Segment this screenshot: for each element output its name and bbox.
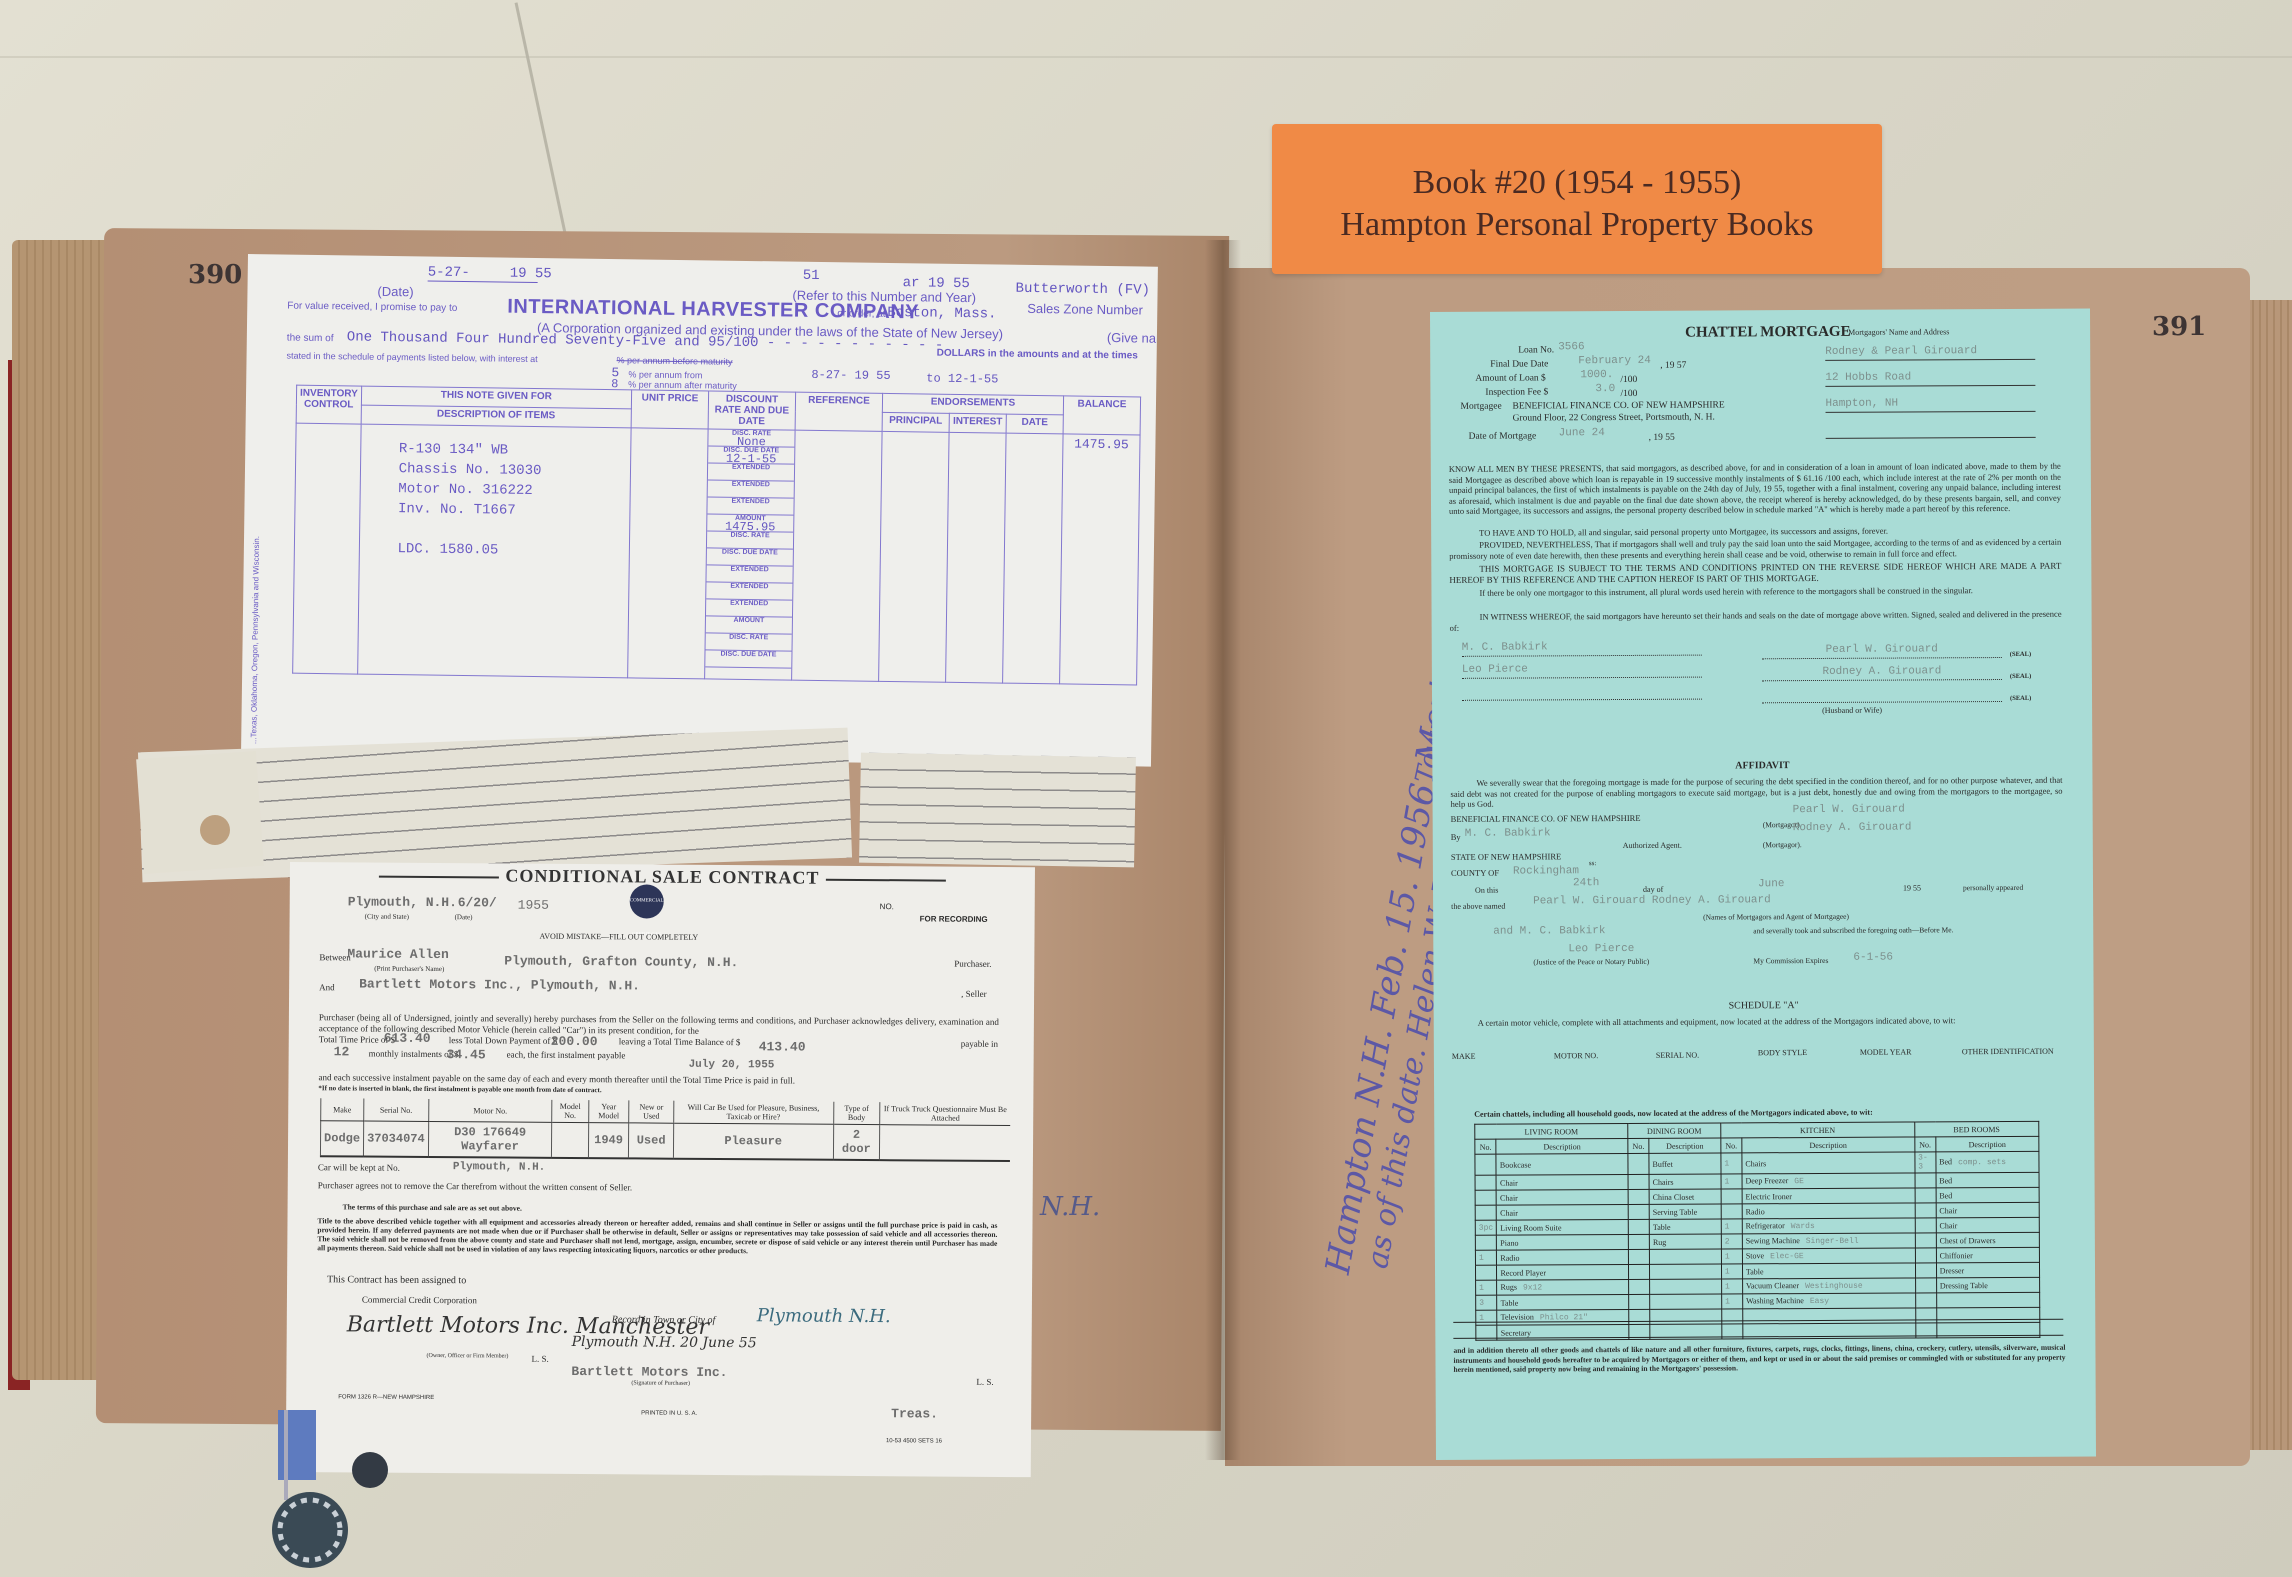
chattel-description: Chiffonier — [1936, 1247, 2039, 1263]
chattel-quantity: 1 — [1721, 1153, 1742, 1174]
chattel-quantity — [1915, 1293, 1936, 1308]
discount-entry: EXTENDED — [706, 599, 792, 617]
conditional-sale-contract: CONDITIONAL SALE CONTRACT COMMERCIAL CRE… — [286, 862, 1035, 1477]
chattel-quantity — [1915, 1248, 1936, 1263]
mortgagor-signature — [1762, 687, 2002, 703]
discount-entry-label: EXTENDED — [708, 463, 794, 471]
chattels-text: Certain chattels, including all househol… — [1474, 1108, 1873, 1119]
on-this-label: On this — [1475, 886, 1498, 895]
chattel-description: Chair — [1936, 1202, 2039, 1218]
chattel-quantity — [1721, 1189, 1742, 1204]
note-schedule-text: stated in the schedule of payments liste… — [287, 351, 538, 365]
chattel-detail: GE — [1794, 1177, 1804, 1186]
description-line: LDC. 1580.05 — [397, 539, 629, 562]
contract-between-label: Between — [319, 952, 351, 962]
final-due-label: Final Due Date — [1490, 359, 1548, 369]
unit-price-cell — [628, 428, 708, 679]
schedule-vehicle-header: MOTOR NO. — [1554, 1051, 1598, 1060]
chattel-description: Bed — [1936, 1172, 2039, 1188]
terms-set-out: The terms of this purchase and sale are … — [343, 1202, 522, 1212]
note-place-caption: (Give name of town) — [1107, 330, 1158, 347]
contract-city-caption: (City and State) — [365, 913, 409, 921]
chattel-description: Deep FreezerGE — [1742, 1173, 1915, 1189]
affidavit-year: 19 55 — [1903, 883, 1921, 892]
chattel-quantity — [1629, 1294, 1650, 1309]
mortgage-title: CHATTEL MORTGAGE — [1685, 324, 1851, 342]
chattel-description — [1650, 1279, 1722, 1294]
note-sum-label: the sum of — [287, 333, 334, 345]
mortgagor-address-line: Rodney & Pearl Girouard — [1825, 345, 2035, 361]
record-city-handwritten: Plymouth N.H. — [757, 1305, 891, 1327]
chattel-description — [1743, 1308, 1916, 1324]
torn-slip-fragment — [859, 753, 1136, 868]
date-of-mortgage-label: Date of Mortgage — [1469, 431, 1537, 441]
chattel-quantity: 1 — [1721, 1249, 1742, 1264]
contract-date: 6/20/ — [458, 895, 497, 910]
mortgagee-label: Mortgagee — [1460, 402, 1501, 412]
slip-hole — [200, 815, 230, 845]
description-cell: R-130 134" WBChassis No. 13030Motor No. … — [357, 424, 631, 678]
col-endorsements: ENDORSEMENTS — [882, 393, 1063, 415]
kept-at-value: Plymouth, N.H. — [453, 1161, 546, 1174]
personally-appeared: personally appeared — [1963, 883, 2023, 892]
page-number-right: 391 — [2152, 312, 2206, 342]
reference-cell — [792, 430, 882, 681]
vehicle-header: Serial No. — [364, 1099, 429, 1122]
left-margin-note: N.H. — [1040, 1192, 1100, 1222]
chattel-description: Chairs — [1649, 1174, 1721, 1189]
schedule-vehicle-header: MAKE — [1452, 1052, 1476, 1061]
chattel-quantity — [1629, 1309, 1650, 1324]
chattel-quantity — [1629, 1279, 1650, 1294]
chattel-description — [1650, 1309, 1722, 1324]
discount-entry-label: EXTENDED — [707, 565, 793, 573]
harvester-note: ...Texas, Oklahoma, Oregon, Pennsylvania… — [241, 254, 1158, 767]
vehicle-cell: Dodge — [320, 1121, 363, 1157]
chattel-description: Radio — [1497, 1249, 1629, 1265]
chattel-description: TelevisionPhilco 21" — [1497, 1309, 1629, 1325]
contract-dealer: Bartlett Motors Inc., Plymouth, N.H. — [359, 976, 640, 993]
vehicle-header: Model No. — [552, 1100, 588, 1123]
chattel-detail: Elec-GE — [1770, 1252, 1804, 1261]
col-date: DATE — [1006, 414, 1063, 434]
col-principal: PRINCIPAL — [882, 412, 949, 432]
successive-text: and each successive instalment payable o… — [318, 1072, 795, 1085]
by-label: By — [1451, 832, 1461, 842]
chattel-mortgage: CHATTEL MORTGAGE Mortgagors' Name and Ad… — [1430, 309, 2096, 1460]
title-paragraph: Title to the above described vehicle tog… — [317, 1216, 997, 1257]
above-named-persons: Pearl W. Girouard Rodney A. Girouard — [1533, 894, 1771, 907]
county-value: Rockingham — [1513, 865, 1579, 877]
room-header: KITCHEN — [1721, 1122, 1915, 1138]
discount-entry-label: AMOUNT — [706, 616, 792, 624]
chattel-description — [1936, 1292, 2039, 1308]
mortgagee-name: BENEFICIAL FINANCE CO. OF NEW HAMPSHIRE — [1512, 400, 1724, 411]
note-rate-to: to 12-1-55 — [926, 371, 998, 386]
mortgagee-address: Ground Floor, 22 Congress Street, Portsm… — [1513, 413, 1715, 424]
col-interest: INTEREST — [949, 413, 1006, 433]
date-of-mortgage: June 24 — [1559, 427, 1605, 439]
chattel-detail: 9x12 — [1523, 1283, 1542, 1292]
discount-entry: DISC. DUE DATE — [707, 548, 793, 566]
note-date-year: 19 55 — [510, 266, 552, 283]
husband-wife-caption: (Husband or Wife) — [1822, 706, 1882, 715]
discount-entry: DISC. RATE — [706, 633, 792, 651]
inspection-suffix: /100 — [1620, 389, 1637, 399]
chattel-detail: Easy — [1810, 1297, 1829, 1306]
vehicle-header: If Truck Truck Questionnaire Must Be Att… — [880, 1102, 1011, 1125]
record-in-label: Record in Town or City of — [612, 1314, 716, 1326]
ls-right: L. S. — [976, 1377, 993, 1387]
chattel-description — [1650, 1294, 1722, 1309]
chattel-quantity: 1 — [1722, 1294, 1743, 1309]
schedule-vehicle-header: BODY STYLE — [1758, 1048, 1807, 1057]
chattel-quantity — [1628, 1189, 1649, 1204]
assignee: Commercial Credit Corporation — [362, 1295, 477, 1306]
column-description: Description — [1742, 1137, 1915, 1153]
book-label-subtitle: Hampton Personal Property Books — [1272, 206, 1882, 244]
schedule-vehicle-header: MODEL YEAR — [1860, 1047, 1912, 1056]
note-promise-text: For value received, I promise to pay to — [287, 301, 457, 314]
affidavit-title: AFFIDAVIT — [1432, 759, 2092, 773]
commercial-credit-seal-icon: COMMERCIAL CREDIT CAS — [630, 884, 664, 918]
discount-entry-label: EXTENDED — [708, 480, 794, 488]
seal-label: (SEAL) — [2010, 673, 2031, 680]
chattel-quantity: 3pc — [1475, 1220, 1496, 1235]
contract-city-state: Plymouth, N.H. — [348, 894, 457, 910]
discount-entry-label: DISC. DUE DATE — [705, 650, 791, 658]
vehicle-cell: Used — [629, 1123, 674, 1159]
chattel-description: Chair — [1497, 1204, 1629, 1220]
witness-signature — [1462, 685, 1702, 701]
affidavit-paragraph: We severally swear that the foregoing mo… — [1450, 775, 2062, 810]
affidavit-mortgagor-1: Pearl W. Girouard — [1793, 804, 1905, 817]
chattel-quantity — [1475, 1265, 1496, 1280]
chattel-quantity — [1628, 1219, 1649, 1234]
note-rate-from-date: 8-27- 19 55 — [811, 368, 890, 383]
final-due-year: , 19 57 — [1660, 361, 1686, 371]
vehicle-header: Type of Body — [833, 1102, 880, 1125]
date-of-mortgage-year: , 19 55 — [1649, 433, 1675, 443]
chattel-description: Rugs9x12 — [1497, 1279, 1629, 1295]
chattel-description: Table — [1649, 1219, 1721, 1234]
witness-signature: M. C. Babkirk — [1462, 641, 1702, 657]
contract-note: *If no date is inserted in blank, the fi… — [318, 1084, 601, 1094]
chattel-quantity — [1915, 1278, 1936, 1293]
chattel-quantity — [1628, 1234, 1649, 1249]
discount-entry-label: DISC. DUE DATE — [707, 548, 793, 556]
col-unit-price: UNIT PRICE — [631, 390, 709, 429]
witness-signature: Leo Pierce — [1462, 663, 1702, 679]
col-inventory: INVENTORY CONTROL — [296, 385, 361, 424]
amount-label: Amount of Loan $ — [1475, 373, 1546, 383]
chattel-description — [1649, 1249, 1721, 1264]
recorded-line: Plymouth N.H. 20 June 55 — [572, 1334, 757, 1351]
remove-text: Purchaser agrees not to remove the Car t… — [318, 1180, 632, 1192]
inventory-cell — [293, 423, 361, 674]
chattel-quantity — [1915, 1173, 1936, 1188]
note-rate-before: % per annum before maturity — [616, 355, 732, 367]
column-no: No. — [1721, 1138, 1742, 1153]
know-all-paragraph: KNOW ALL MEN BY THESE PRESENTS, that sai… — [1449, 461, 2061, 517]
vehicle-cell: Pleasure — [673, 1123, 833, 1160]
vehicle-header: Motor No. — [428, 1099, 552, 1122]
vehicle-cell: 2 door — [833, 1124, 880, 1160]
singular-paragraph: If there be only one mortgagor to this i… — [1449, 585, 2061, 599]
discount-entry: DISC. RATE — [707, 531, 793, 549]
loan-no-label: Loan No. — [1518, 345, 1554, 355]
chattel-description: Sewing MachineSinger-Bell — [1742, 1233, 1915, 1249]
contract-purchaser-name: Maurice Allen — [347, 946, 449, 962]
down-payment: 200.00 — [551, 1034, 598, 1049]
witness-paragraph: IN WITNESS WHEREOF, the said mortgagors … — [1450, 609, 2062, 633]
discount-entry-label: DISC. RATE — [706, 633, 792, 641]
purchaser-signature: Bartlett Motors Inc. — [571, 1364, 727, 1380]
slip-tab — [136, 751, 264, 874]
loan-no: 3566 — [1558, 341, 1584, 353]
contract-no-label: NO. — [880, 902, 894, 911]
chattel-description: Record Player — [1497, 1264, 1629, 1280]
interest-cell — [946, 432, 1006, 683]
vehicle-table: MakeSerial No.Motor No.Model No.Year Mod… — [320, 1098, 1010, 1162]
seal-label: (SEAL) — [2010, 695, 2031, 702]
names-agent-caption: (Names of Mortgagors and Agent of Mortga… — [1703, 912, 1849, 922]
chattel-quantity — [1915, 1308, 1936, 1323]
contract-year: 1955 — [518, 898, 549, 913]
book-label: Book #20 (1954 - 1955) Hampton Personal … — [1272, 124, 1882, 274]
chattel-detail: comp. sets — [1958, 1158, 2006, 1167]
payable-in-label: payable in — [961, 1039, 998, 1049]
chattel-quantity: 2 — [1721, 1234, 1742, 1249]
instalment-label: monthly instalments of $ — [369, 1049, 459, 1060]
note-date-caption: (Date) — [377, 284, 413, 300]
contract-purchaser-caption: (Print Purchaser's Name) — [374, 965, 444, 973]
commission-label: My Commission Expires — [1753, 956, 1828, 965]
chattel-row: BookcaseBuffet1Chairs3-3Bedcomp. sets — [1475, 1151, 2039, 1175]
chattel-description — [1650, 1264, 1722, 1279]
contract-avoid-mistake: AVOID MISTAKE—FILL OUT COMPLETELY — [539, 932, 698, 942]
state-label: STATE OF NEW HAMPSHIRE — [1451, 851, 1561, 862]
vehicle-cell — [880, 1125, 1011, 1161]
discount-entry: DISC. DUE DATE12-1-55 — [708, 446, 794, 464]
chattel-quantity — [1915, 1188, 1936, 1203]
seal-label: (SEAL) — [2010, 651, 2031, 658]
chattel-description: Chair — [1496, 1174, 1628, 1190]
chattel-quantity — [1629, 1264, 1650, 1279]
chattel-description: Vacuum CleanerWestinghouse — [1742, 1278, 1915, 1294]
chattel-quantity: 1 — [1476, 1280, 1497, 1295]
principal-cell — [879, 431, 949, 682]
justice-caption: (Justice of the Peace or Notary Public) — [1533, 957, 1649, 967]
affidavit-day: 24th — [1573, 877, 1599, 889]
chattel-quantity: 1 — [1721, 1174, 1742, 1189]
col-reference: REFERENCE — [795, 392, 883, 431]
chattel-description: RefrigeratorWards — [1742, 1218, 1915, 1234]
chattel-description: Electric Ironer — [1742, 1188, 1915, 1204]
discount-entry: EXTENDED — [707, 497, 793, 515]
chattel-quantity: 1 — [1721, 1279, 1742, 1294]
ss-label: ss: — [1589, 859, 1596, 867]
binder-clip-icon — [270, 1410, 390, 1577]
contract-title: CONDITIONAL SALE CONTRACT — [290, 864, 1035, 890]
authorized-agent-caption: Authorized Agent. — [1623, 841, 1682, 850]
book-gutter — [1205, 240, 1241, 1460]
county-label: COUNTY OF — [1451, 868, 1499, 878]
chattel-description: Dresser — [1936, 1262, 2039, 1278]
owner-caption: (Owner, Officer or Firm Member) — [427, 1353, 509, 1360]
down-payment-label: less Total Down Payment of $ — [449, 1035, 558, 1046]
purchaser-signature-caption: (Signature of Purchaser) — [631, 1380, 690, 1386]
chattel-quantity — [1475, 1190, 1496, 1205]
by-agent: M. C. Babkirk — [1465, 827, 1551, 839]
discount-entry: EXTENDED — [708, 463, 794, 481]
affidavit-mortgagor-2: Rodney A. Girouard — [1793, 821, 1912, 834]
chattel-quantity — [1628, 1153, 1649, 1174]
vehicle-header: Year Model — [588, 1100, 629, 1123]
chattel-quantity: 3 — [1476, 1295, 1497, 1310]
discount-entry-label: EXTENDED — [706, 582, 792, 590]
chattel-detail: Westinghouse — [1805, 1282, 1863, 1291]
discount-entry-label: DISC. RATE — [707, 531, 793, 539]
and-agent: and M. C. Babkirk — [1493, 925, 1605, 938]
day-of-label: day of — [1643, 885, 1663, 894]
note-items-table: INVENTORY CONTROL THIS NOTE GIVEN FOR UN… — [292, 385, 1141, 686]
total-time-price: 613.40 — [384, 1031, 431, 1046]
chattel-quantity: 1 — [1476, 1310, 1497, 1325]
note-side-text: ...Texas, Oklahoma, Oregon, Pennsylvania… — [249, 374, 268, 744]
chattel-description: Bookcase — [1496, 1153, 1628, 1175]
discount-entry-label: EXTENDED — [706, 599, 792, 607]
chattel-description: Living Room Suite — [1497, 1219, 1629, 1235]
affidavit-company: BENEFICIAL FINANCE CO. OF NEW HAMPSHIRE — [1451, 813, 1641, 824]
chattel-description: Table — [1497, 1294, 1629, 1310]
mortgage-names-caption: Mortgagors' Name and Address — [1848, 327, 1949, 337]
col-discount: DISCOUNT RATE AND DUE DATE — [708, 391, 796, 430]
room-header: DINING ROOM — [1628, 1123, 1721, 1138]
inspection-label: Inspection Fee $ — [1485, 387, 1548, 397]
mortgagor-address-line — [1826, 423, 2036, 439]
mortgagor-address-line: 12 Hobbs Road — [1825, 371, 2035, 387]
justice-name: Leo Pierce — [1568, 943, 1634, 955]
discount-entry: EXTENDED — [706, 582, 792, 600]
closing-paragraph: and in addition thereto all other goods … — [1453, 1343, 2065, 1375]
column-no: No. — [1475, 1139, 1496, 1154]
column-description: Description — [1496, 1138, 1628, 1154]
note-place: Boston, Mass. — [887, 305, 996, 323]
discount-cell: DISC. RATENoneDISC. DUE DATE12-1-55EXTEN… — [705, 429, 795, 680]
treas-text: Treas. — [891, 1406, 938, 1421]
chattel-description: Dressing Table — [1936, 1277, 2039, 1293]
vehicle-header: New or Used — [629, 1100, 673, 1123]
discount-entry: EXTENDED — [706, 565, 792, 583]
vehicle-cell: 37034074 — [363, 1121, 428, 1157]
commission-expires: 6-1-56 — [1853, 952, 1893, 964]
chattel-description: Piano — [1497, 1234, 1629, 1250]
column-description: Description — [1649, 1138, 1721, 1153]
chattel-description: Serving Table — [1649, 1204, 1721, 1219]
column-no: No. — [1628, 1138, 1649, 1153]
mortgagor-caption-2: (Mortgagor). — [1763, 840, 1802, 849]
oath-text: and severally took and subscribed the fo… — [1753, 925, 1953, 935]
discount-entry: DISC. DUE DATE — [705, 650, 791, 668]
discount-entry: DISC. RATENone — [708, 429, 794, 447]
discount-entry: AMOUNT1475.95 — [707, 514, 793, 532]
page-number-left: 390 — [188, 260, 242, 290]
chattel-description: Buffet — [1649, 1153, 1721, 1174]
chattel-description: Bed — [1936, 1187, 2039, 1203]
balance-label: leaving a Total Time Balance of $ — [619, 1036, 741, 1047]
schedule-vehicle-header: SERIAL NO. — [1656, 1051, 1699, 1060]
chattel-quantity — [1721, 1204, 1742, 1219]
contract-seller-label: , Seller — [961, 989, 987, 999]
discount-entry: EXTENDED — [708, 480, 794, 498]
kept-at-label: Car will be kept at No. — [318, 1162, 400, 1173]
chattel-description: Radio — [1742, 1203, 1915, 1219]
chattel-description: Table — [1742, 1263, 1915, 1279]
amount-suffix: /100 — [1620, 375, 1637, 385]
chattel-quantity — [1915, 1233, 1936, 1248]
note-order-at: or order, at — [837, 308, 886, 320]
contract-purchaser-address: Plymouth, Grafton County, N.H. — [504, 953, 738, 970]
chattel-quantity — [1475, 1205, 1496, 1220]
column-no: No. — [1915, 1137, 1936, 1152]
contract-date-caption: (Date) — [455, 913, 473, 921]
chattel-quantity: 1 — [1721, 1219, 1742, 1234]
chattel-quantity — [1915, 1263, 1936, 1278]
table-seam — [0, 56, 2292, 58]
chattel-quantity — [1628, 1174, 1649, 1189]
column-description: Description — [1936, 1136, 2039, 1152]
provided-paragraph: PROVIDED, NEVERTHELESS, That if mortgago… — [1449, 537, 2061, 561]
affidavit-month: June — [1758, 878, 1784, 890]
first-payable-label: each, the first instalment payable — [507, 1050, 626, 1061]
room-header: LIVING ROOM — [1475, 1123, 1628, 1139]
vehicle-cell: D30 176649 Wayfarer — [428, 1121, 552, 1157]
vehicle-header: Make — [321, 1098, 364, 1121]
printed-in: PRINTED IN U. S. A. — [641, 1410, 697, 1416]
chattel-quantity — [1915, 1218, 1936, 1233]
mortgagor-address-line: Hampton, NH — [1825, 397, 2035, 413]
chattel-description: Rug — [1649, 1234, 1721, 1249]
chattel-quantity: 1 — [1721, 1264, 1742, 1279]
form-number: FORM 1326 R—NEW HAMPSHIRE — [338, 1394, 434, 1401]
description-line: Inv. No. T1667 — [398, 499, 630, 522]
vehicle-header: Will Car Be Used for Pleasure, Business,… — [673, 1101, 833, 1125]
chattel-quantity — [1475, 1175, 1496, 1190]
chattel-quantity — [1915, 1203, 1936, 1218]
above-named-label: the above named — [1451, 902, 1505, 911]
inspection-fee: 3.0 — [1595, 383, 1615, 395]
chattel-quantity: 1 — [1475, 1250, 1496, 1265]
chattel-description: Chair — [1936, 1217, 2039, 1233]
chattel-quantity: 3-3 — [1915, 1152, 1936, 1173]
chattel-description — [1936, 1307, 2039, 1323]
loan-amount: 1000. — [1580, 369, 1613, 381]
col-balance: BALANCE — [1063, 396, 1141, 435]
time-balance: 413.40 — [759, 1039, 806, 1054]
chattel-description: China Closet — [1649, 1189, 1721, 1204]
chattel-quantity — [1628, 1249, 1649, 1264]
chattel-quantity — [1475, 1235, 1496, 1250]
discount-entry: AMOUNT — [706, 616, 792, 634]
contract-and-label: And — [319, 982, 335, 992]
mortgagor-signature: Rodney A. Girouard — [1762, 665, 2002, 681]
chattel-detail: Wards — [1791, 1222, 1815, 1231]
chattel-description: Chairs — [1742, 1152, 1915, 1174]
chattel-description: Bedcomp. sets — [1936, 1151, 2039, 1173]
contract-for-recording: FOR RECORDING — [920, 914, 988, 923]
contract-purchaser-label: Purchaser. — [954, 959, 991, 969]
